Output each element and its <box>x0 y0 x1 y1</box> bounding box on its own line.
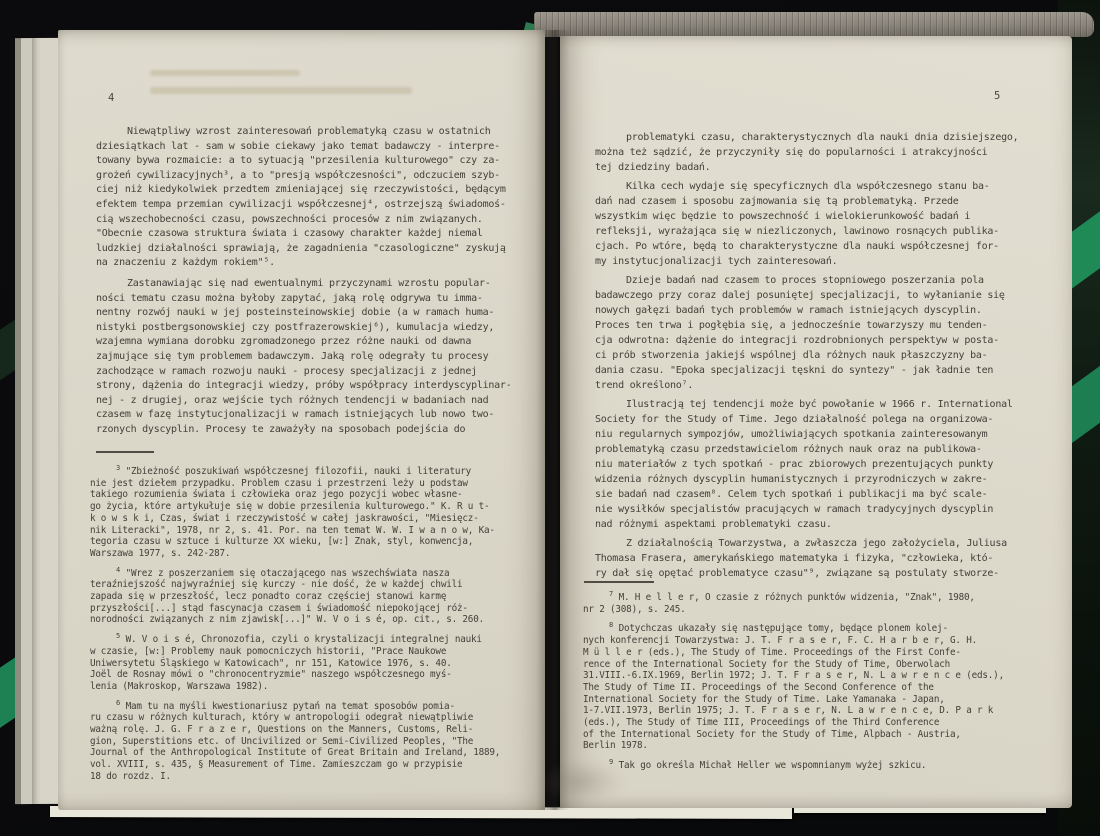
text-line: "Obecnie czasowa struktura świata i czas… <box>96 227 522 242</box>
text-line: tegoria czasu w sztuce i kulturze XX wie… <box>90 536 530 548</box>
left-page: 4 Niewątpliwy wzrost zainteresowań probl… <box>58 30 545 810</box>
text-line: The Study of Time II. Proceedings of the… <box>583 682 1023 694</box>
text-line: dania czasu. "Epoka specjalizacji tęskni… <box>595 363 1013 378</box>
text-line: nad różnymi aspektami problematyki czasu… <box>595 517 1013 532</box>
footnote: 9 Tak go określa Michał Heller we wspomn… <box>583 757 1023 772</box>
text-line: 31.VIII.-6.IX.1969, Berlin 1972; J. T. F… <box>583 670 1023 682</box>
left-page-fore-edge-stack <box>15 38 59 804</box>
text-line: of the International Society for the Stu… <box>583 729 1023 741</box>
text-line: International Society for the Study of T… <box>583 694 1023 706</box>
text-line: M ü l l e r (eds.), The Study of Time. P… <box>583 647 1023 659</box>
book-scan-photo: 4 Niewątpliwy wzrost zainteresowań probl… <box>0 0 1100 836</box>
text-line: widzenia różnych dyscyplin humanistyczny… <box>595 472 1013 487</box>
text-line: Journal of the Anthropological Institute… <box>90 747 530 759</box>
text-line: ry dał się opętać problematyce czasu"⁹, … <box>595 566 1013 581</box>
text-line: nentny rozwój nauki w jej posteinsteinow… <box>96 306 522 321</box>
text-line: zapada się w przeszłość, lecz ponadto co… <box>90 591 530 603</box>
text-line: strony, dążenia do integracji wiedzy, pr… <box>96 379 522 394</box>
text-line: 5 W. V o i s é, Chronozofia, czyli o kry… <box>90 631 530 646</box>
footnote-marker: 3 <box>116 464 120 472</box>
text-line: norodności związanych z nim zjawisk[...]… <box>90 614 530 626</box>
text-line: Uniwersytetu Śląskiego w Katowicach", nr… <box>90 658 530 670</box>
text-line: grożeń cywilizacyjnych³, a to "presją ws… <box>96 169 522 184</box>
footnote: 6 Mam tu na myśli kwestionariusz pytań n… <box>90 698 530 783</box>
text-line: sie badań nad czasem⁸. Celem tych spotka… <box>595 487 1013 502</box>
text-line: lenia (Makroskop, Warszawa 1982). <box>90 681 530 693</box>
text-line: ci prób stworzenia jakiejś wspólnej dla … <box>595 348 1013 363</box>
footnote-marker: 5 <box>116 632 120 640</box>
footnote: 7 M. H e l l e r, O czasie z różnych pun… <box>583 589 1023 615</box>
footnote: 4 "Wrez z poszerzaniem się otaczającego … <box>90 565 530 627</box>
gutter-smudge <box>538 760 624 804</box>
text-line: Dzieje badań nad czasem to proces stopni… <box>595 273 1013 288</box>
text-line: nie jest dziełem przypadku. Problem czas… <box>90 478 530 490</box>
text-line: na znaczeniu z każdym rokiem"⁵. <box>96 256 522 271</box>
text-line: wzajemna wymiana dorobku zgromadzonego p… <box>96 335 522 350</box>
ink-bleed-ghost-line <box>150 70 300 76</box>
footnote-separator-left <box>96 451 154 453</box>
paragraph: problematyki czasu, charakterystycznych … <box>595 130 1013 175</box>
text-line: Society for the Study of Time. Jego dzia… <box>595 412 1013 427</box>
text-line: Kilka cech wydaje się specyficznych dla … <box>595 179 1013 194</box>
text-line: takiego rozumienia świata i człowieka or… <box>90 489 530 501</box>
text-line: w czasie, [w:] Problemy nauk pomocniczyc… <box>90 646 530 658</box>
paragraph: Dzieje badań nad czasem to proces stopni… <box>595 273 1013 393</box>
text-line: nistyki postbergsonowskiej czy postfraze… <box>96 321 522 336</box>
ink-bleed-ghost-line <box>150 87 412 94</box>
footnote: 5 W. V o i s é, Chronozofia, czyli o kry… <box>90 631 530 693</box>
left-page-body-text: Niewątpliwy wzrost zainteresowań problem… <box>96 125 522 437</box>
text-line: nie wysiłków specjalistów pracujących w … <box>595 502 1013 517</box>
text-line: rzonych dyscyplin. Procesy te zaważyły n… <box>96 423 522 438</box>
right-page: 5 problematyki czasu, charakterystycznyc… <box>560 36 1072 808</box>
text-line: 18 do rozdz. I. <box>90 771 530 783</box>
text-line: Berlin 1978. <box>583 740 1023 752</box>
text-line: badawczego przy coraz dalej posuniętej s… <box>595 288 1013 303</box>
page-number-right: 5 <box>994 90 1000 102</box>
text-line: 7 M. H e l l e r, O czasie z różnych pun… <box>583 589 1023 604</box>
text-line: dań nad czasem i sposobu zajmowania się … <box>595 194 1013 209</box>
text-line: gion, Superstitions etc. of Uncivilized … <box>90 736 530 748</box>
text-line: ności tematu czasu można byłoby zapytać,… <box>96 292 522 307</box>
text-line: wszystkim więc będzie to powszechność i … <box>595 209 1013 224</box>
text-line: 8 Dotychczas ukazały się następujące tom… <box>583 620 1023 635</box>
paragraph: Kilka cech wydaje się specyficznych dla … <box>595 179 1013 269</box>
text-line: zajmujące się tym problemem badawczym. J… <box>96 350 522 365</box>
text-line: cią wszechobecności czasu, powszechności… <box>96 213 522 228</box>
text-line: można też sądzić, że przyczyniły się do … <box>595 145 1013 160</box>
text-line: nowych gałęzi badań tych problemów w ram… <box>595 303 1013 318</box>
footnote-marker: 8 <box>609 621 613 629</box>
footnote-marker: 4 <box>116 566 120 574</box>
text-line: 6 Mam tu na myśli kwestionariusz pytań n… <box>90 698 530 713</box>
text-line: cja odwrotna: dążenie do integracji rozd… <box>595 333 1013 348</box>
text-line: Joël de Rosnay mówi o "chronocentryzmie"… <box>90 669 530 681</box>
footnote-separator-right <box>584 581 654 583</box>
page-edge-layer <box>33 38 59 804</box>
footnote: 3 "Zbieżność poszukiwań współczesnej fil… <box>90 463 530 560</box>
text-line: Warszawa 1977, s. 242-287. <box>90 548 530 560</box>
text-line: k o w s k i, Czas, świat i rzeczywistość… <box>90 513 530 525</box>
text-line: problematyki czasu, charakterystycznych … <box>595 130 1013 145</box>
paragraph: Niewątpliwy wzrost zainteresowań problem… <box>96 125 522 271</box>
text-line: czasem w fazę instytucjonalizacji w rama… <box>96 408 522 423</box>
left-page-footnotes: 3 "Zbieżność poszukiwań współczesnej fil… <box>90 463 530 783</box>
text-line: 3 "Zbieżność poszukiwań współczesnej fil… <box>90 463 530 478</box>
text-line: Proces ten trwa i pogłębia się, a jednoc… <box>595 318 1013 333</box>
paragraph: Z działalnością Towarzystwa, a zwłaszcza… <box>595 536 1013 581</box>
text-line: ru czasu w różnych kulturach, który w an… <box>90 712 530 724</box>
page-edge-layer <box>21 38 33 804</box>
text-line: ciej niż kiedykolwiek przedtem zmieniają… <box>96 183 522 198</box>
footnote: 8 Dotychczas ukazały się następujące tom… <box>583 620 1023 752</box>
text-line: vol. XVIII, s. 435, § Measurement of Tim… <box>90 759 530 771</box>
text-line: cjach. Po wtóre, będą to charakterystycz… <box>595 239 1013 254</box>
text-line: niu regularnych sympozjów, umożliwiający… <box>595 427 1013 442</box>
text-line: refleksji, wyrażająca się w niezliczonyc… <box>595 224 1013 239</box>
text-line: my instytucjonalizacji tych zainteresowa… <box>595 254 1013 269</box>
right-page-body-text: problematyki czasu, charakterystycznych … <box>595 130 1013 581</box>
text-line: tej dziedziny badań. <box>595 160 1013 175</box>
text-line: nej - z drugiej, oraz wejście tych różny… <box>96 394 522 409</box>
paragraph: Ilustracją tej tendencji może być powoła… <box>595 397 1013 532</box>
text-line: trend określono⁷. <box>595 378 1013 393</box>
footnote-marker: 6 <box>116 699 120 707</box>
paragraph: Zastanawiając się nad ewentualnymi przyc… <box>96 277 522 438</box>
text-line: towany bywa rozmaicie: a to sytuacją "pr… <box>96 154 522 169</box>
text-line: Ilustracją tej tendencji może być powoła… <box>595 397 1013 412</box>
text-line: dziesiątkach lat - sam w sobie ciekawy j… <box>96 140 522 155</box>
text-line: problematyką czasu przedstawicielom różn… <box>595 442 1013 457</box>
text-line: nik Literacki", 1978, nr 2, s. 41. Por. … <box>90 525 530 537</box>
text-line: teraźniejszość najwyraźniej się kurczy -… <box>90 579 530 591</box>
footnote-marker: 7 <box>609 590 613 598</box>
right-page-top-edge-stack <box>534 12 1094 37</box>
text-line: zachodzące w ramach rozwoju nauki - proc… <box>96 365 522 380</box>
text-line: rence of the International Society for t… <box>583 659 1023 671</box>
text-line: 4 "Wrez z poszerzaniem się otaczającego … <box>90 565 530 580</box>
text-line: Thomasa Frasera, amerykańskiego matematy… <box>595 551 1013 566</box>
text-line: przyszłości[...] stąd fascynacja czasem … <box>90 603 530 615</box>
text-line: 9 Tak go określa Michał Heller we wspomn… <box>583 757 1023 772</box>
text-line: nr 2 (308), s. 245. <box>583 604 1023 616</box>
page-number-left: 4 <box>108 92 114 104</box>
text-line: efektem tempa przemian cywilizacji współ… <box>96 198 522 213</box>
text-line: ważną rolę. J. G. F r a z e r, Questions… <box>90 724 530 736</box>
text-line: Z działalnością Towarzystwa, a zwłaszcza… <box>595 536 1013 551</box>
text-line: ludzkiej działalności sprawiają, że zaga… <box>96 242 522 257</box>
text-line: go życia, które artykułuje się w dobie p… <box>90 501 530 513</box>
right-page-footnotes: 7 M. H e l l e r, O czasie z różnych pun… <box>583 589 1023 772</box>
text-line: nych konferencji Towarzystwa: J. T. F r … <box>583 635 1023 647</box>
text-line: niu materiałów z tych spotkań - prac zbi… <box>595 457 1013 472</box>
text-line: 1-7.VII.1973, Berlin 1975; J. T. F r a s… <box>583 705 1023 717</box>
text-line: (eds.), The Study of Time III, Proceedin… <box>583 717 1023 729</box>
text-line: Zastanawiając się nad ewentualnymi przyc… <box>96 277 522 292</box>
text-line: Niewątpliwy wzrost zainteresowań problem… <box>96 125 522 140</box>
